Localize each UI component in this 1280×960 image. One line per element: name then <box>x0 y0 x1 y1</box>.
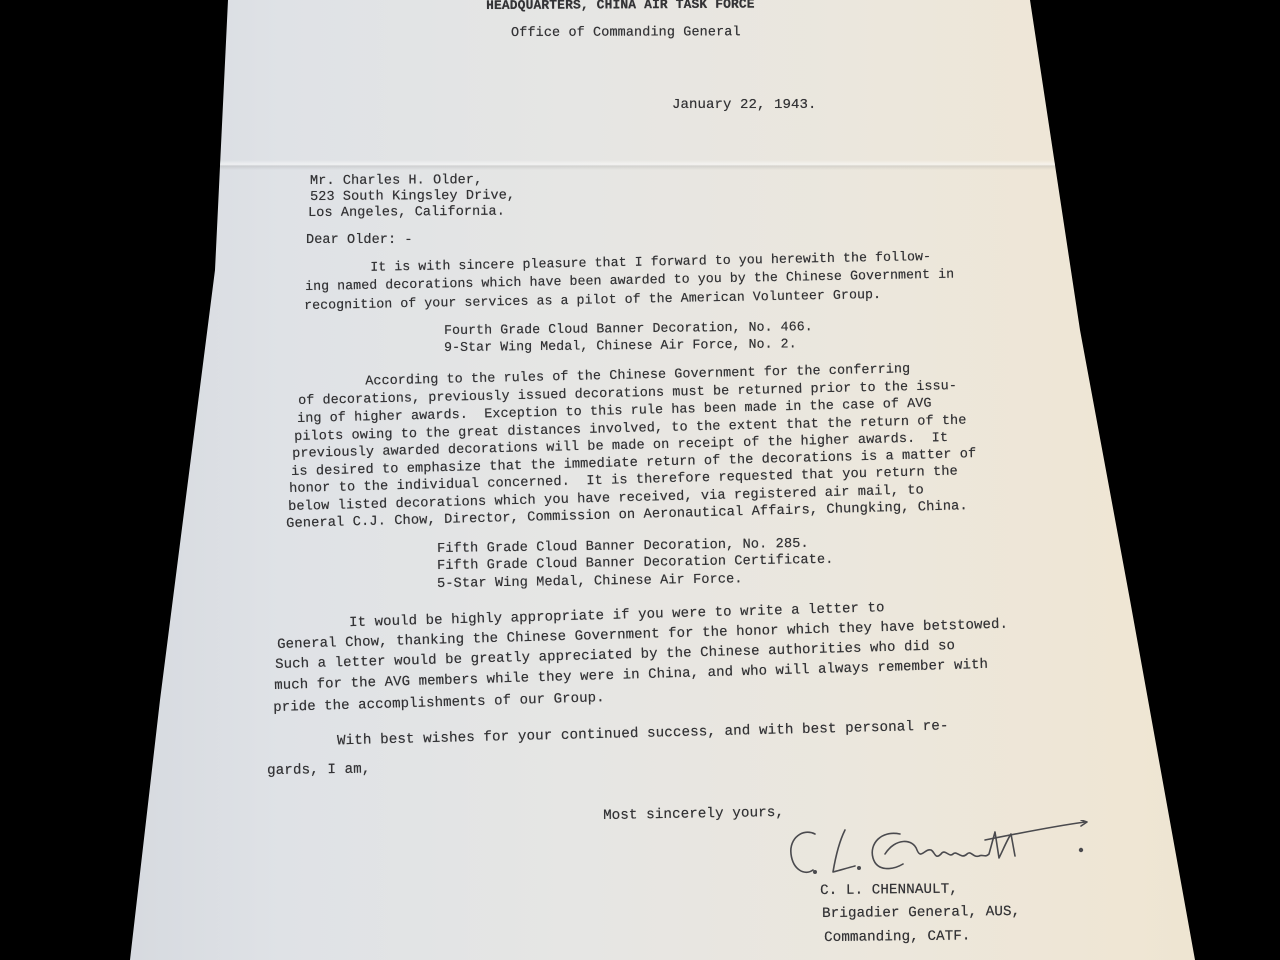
handwritten-signature <box>785 820 1115 890</box>
paragraph-4-line: gards, I am, <box>267 762 371 780</box>
signer-title: Commanding, CATF. <box>824 928 971 947</box>
photo-stage: HEADQUARTERS, CHINA AIR TASK FORCE Offic… <box>0 0 1280 960</box>
letterhead-organization: HEADQUARTERS, CHINA AIR TASK FORCE <box>486 0 755 14</box>
letterhead-office: Office of Commanding General <box>511 24 741 42</box>
closing: Most sincerely yours, <box>603 805 784 825</box>
signer-rank: Brigadier General, AUS, <box>822 904 1020 923</box>
letter-date: January 22, 1943. <box>672 97 817 114</box>
paper-fold-crease <box>0 160 1280 170</box>
signer-name: C. L. CHENNAULT, <box>820 882 958 900</box>
salutation: Dear Older: - <box>306 232 413 249</box>
recipient-city: Los Angeles, California. <box>308 204 505 222</box>
